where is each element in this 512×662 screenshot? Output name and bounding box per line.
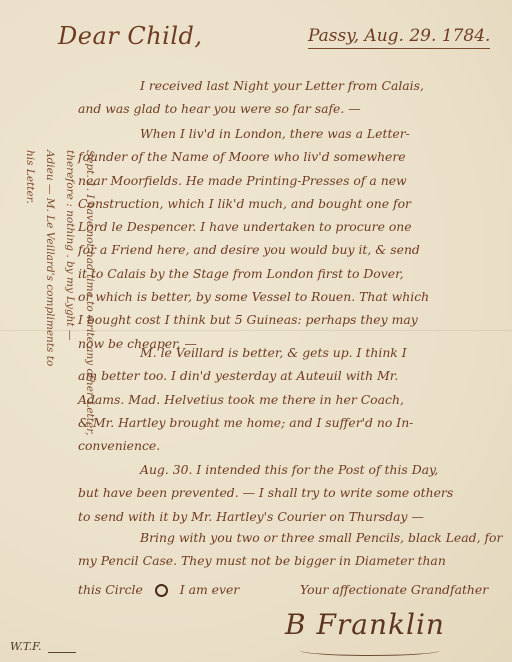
dateline: Passy, Aug. 29. 1784.	[308, 26, 490, 49]
text-line: Bring with you two or three small Pencil…	[78, 526, 498, 549]
text-line: Lord le Despencer. I have undertaken to …	[78, 215, 498, 238]
text-line: & Mr. Hartley brought me home; and I suf…	[78, 411, 498, 434]
margin-line: Adieu — M. Le Veillard's compliments to	[40, 150, 60, 435]
paragraph-1: I received last Night your Letter from C…	[78, 74, 498, 121]
signature-flourish	[300, 645, 440, 656]
margin-line: Sept. 1. I have not had time to write an…	[80, 150, 100, 435]
paragraph-3: M. le Veillard is better, & gets up. I t…	[78, 341, 498, 457]
margin-note: Sept. 1. I have not had time to write an…	[20, 150, 100, 435]
text-line: M. le Veillard is better, & gets up. I t…	[78, 341, 498, 364]
text-line: Adams. Mad. Helvetius took me there in h…	[78, 388, 498, 411]
closing-left-text: this Circle	[78, 582, 143, 597]
text-line: am better too. I din'd yesterday at Aute…	[78, 364, 498, 387]
text-line: near Moorfields. He made Printing-Presse…	[78, 169, 498, 192]
text-line: When I liv'd in London, there was a Lett…	[78, 122, 498, 145]
text-line: it to Calais by the Stage from London fi…	[78, 262, 498, 285]
paragraph-5: Bring with you two or three small Pencil…	[78, 526, 498, 573]
initials-underline	[48, 652, 76, 653]
signature: B Franklin	[285, 608, 445, 641]
pencil-diameter-circle-icon	[155, 584, 168, 597]
text-line: for a Friend here, and desire you would …	[78, 238, 498, 261]
paragraph-4: Aug. 30. I intended this for the Post of…	[78, 458, 498, 528]
closing-mid-text: I am ever	[180, 582, 240, 597]
salutation: Dear Child,	[58, 22, 203, 50]
paragraph-2: When I liv'd in London, there was a Lett…	[78, 122, 498, 355]
text-line: and was glad to hear you were so far saf…	[78, 97, 498, 120]
margin-line: his Letter.	[20, 150, 40, 435]
margin-line: therefore : nothing . by my Lyght —	[60, 150, 80, 435]
letter-page: Dear Child, Passy, Aug. 29. 1784. I rece…	[0, 0, 512, 662]
text-line: but have been prevented. — I shall try t…	[78, 481, 498, 504]
text-line: Construction, which I lik'd much, and bo…	[78, 192, 498, 215]
closing-line: this Circle I am ever	[78, 582, 239, 597]
text-line: to send with it by Mr. Hartley's Courier…	[78, 505, 498, 528]
archival-initials: W.T.F.	[10, 640, 42, 653]
text-line: or which is better, by some Vessel to Ro…	[78, 285, 498, 308]
text-line: I bought cost I think but 5 Guineas: per…	[78, 308, 498, 331]
text-line: Aug. 30. I intended this for the Post of…	[78, 458, 498, 481]
text-line: founder of the Name of Moore who liv'd s…	[78, 145, 498, 168]
closing-valediction: Your affectionate Grandfather	[300, 582, 488, 597]
text-line: I received last Night your Letter from C…	[78, 74, 498, 97]
text-line: my Pencil Case. They must not be bigger …	[78, 549, 498, 572]
text-line: convenience.	[78, 434, 498, 457]
